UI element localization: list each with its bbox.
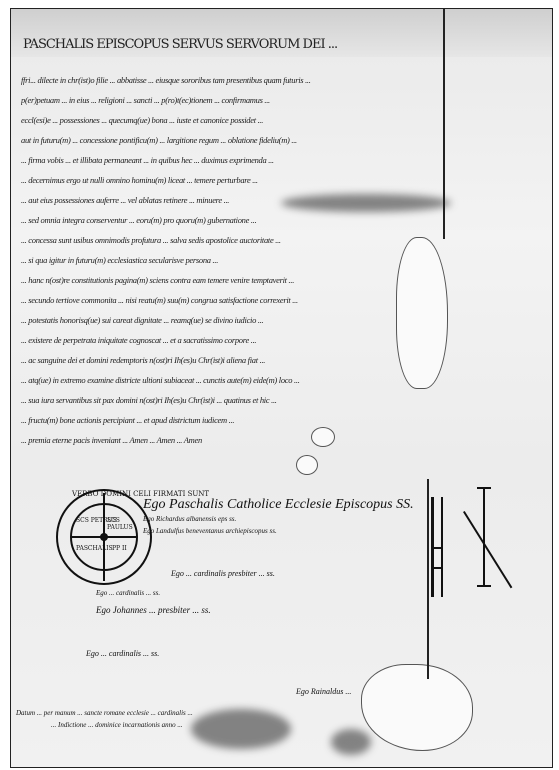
datum-line: Datum ... per manum ... sancte romane ec… [16, 709, 193, 717]
cardinal-subscription: Ego Richardus albanensis eps ss. [143, 515, 236, 523]
text-line: ... hanc n(ost)re constitutionis pagina(… [21, 275, 546, 285]
cardinal-subscription: Ego Landulfus beneventanus archiepiscopu… [143, 527, 277, 535]
rota-seal: VERBO DOMINI CELI FIRMATI SUNT SCS PETRU… [56, 489, 152, 585]
cardinal-subscription: Ego Johannes ... presbiter ... ss. [96, 605, 211, 615]
cardinal-subscription: Ego Rainaldus ... [296, 687, 351, 696]
text-line: ... ac sanguine dei et domini redemptori… [21, 355, 546, 365]
stain [281, 194, 451, 212]
text-line: p(er)petuam ... in eius ... religioni ..… [21, 95, 546, 105]
bene-valete-monogram [431, 487, 501, 597]
text-line: ... premia eterne pacis inveniant ... Am… [21, 435, 546, 445]
text-line: ... secundo tertiove commonita ... nisi … [21, 295, 546, 305]
text-line: ffri... dilecte in chr(ist)o filie ... a… [21, 75, 546, 85]
stain [191, 709, 291, 749]
cardinal-subscription: Ego ... cardinalis ... ss. [86, 649, 159, 658]
cardinal-subscription: Ego ... cardinalis ... ss. [96, 589, 160, 597]
datum-line: ... Indictione ... dominice incarnationi… [51, 721, 183, 729]
text-line: ... decernimus ergo ut nulli omnino homi… [21, 175, 546, 185]
parchment-hole [311, 427, 335, 447]
text-line: aut in futuru(m) ... concessione pontifi… [21, 135, 546, 145]
fold-crack [443, 9, 445, 239]
parchment-damage [361, 664, 473, 751]
papal-subscription: Ego Paschalis Catholice Ecclesie Episcop… [143, 497, 414, 513]
text-line: ... existere de perpetrata iniquitate co… [21, 335, 546, 345]
fold-crack [427, 479, 429, 679]
text-line: ... concessa sunt usibus omnimodis profu… [21, 235, 546, 245]
text-line: ... sua iura servantibus sit pax domini … [21, 395, 546, 405]
text-line: ... sed omnia integra conserventur ... e… [21, 215, 546, 225]
text-line: ... si qua igitur in futuru(m) ecclesias… [21, 255, 546, 265]
text-line: ... potestatis honorisq(ue) sui careat d… [21, 315, 546, 325]
parchment-damage [396, 237, 448, 389]
text-line: ... atq(ue) in extremo examine districte… [21, 375, 546, 385]
text-line: eccl(esi)e ... possessiones ... quecumq(… [21, 115, 546, 125]
parchment-charter: PASCHALIS EPISCOPUS SERVUS SERVORUM DEI … [10, 8, 553, 768]
text-line: ... firma vobis ... et illibata permanea… [21, 155, 546, 165]
elongated-script-header: PASCHALIS EPISCOPUS SERVUS SERVORUM DEI … [23, 37, 543, 59]
cardinal-subscription: Ego ... cardinalis presbiter ... ss. [171, 569, 275, 578]
text-line: ... fructu(m) bone actionis percipiant .… [21, 415, 546, 425]
stain [331, 729, 371, 755]
parchment-hole [296, 455, 318, 475]
rota-center [100, 533, 108, 541]
